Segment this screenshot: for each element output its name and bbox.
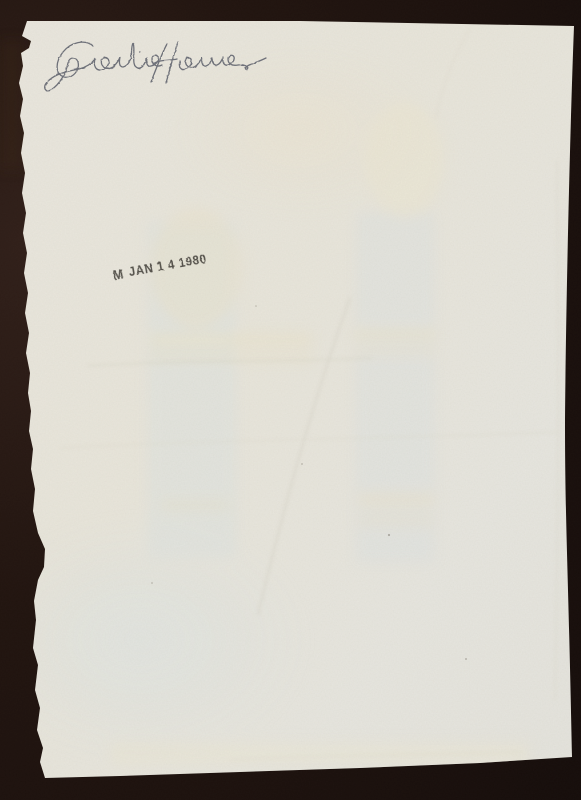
scene-canvas: Gordie Howe M JAN 1 4 1980 [0,0,581,800]
photo-grain-overlay [0,0,581,800]
photo-back-scene: Gordie Howe M JAN 1 4 1980 [0,0,581,800]
